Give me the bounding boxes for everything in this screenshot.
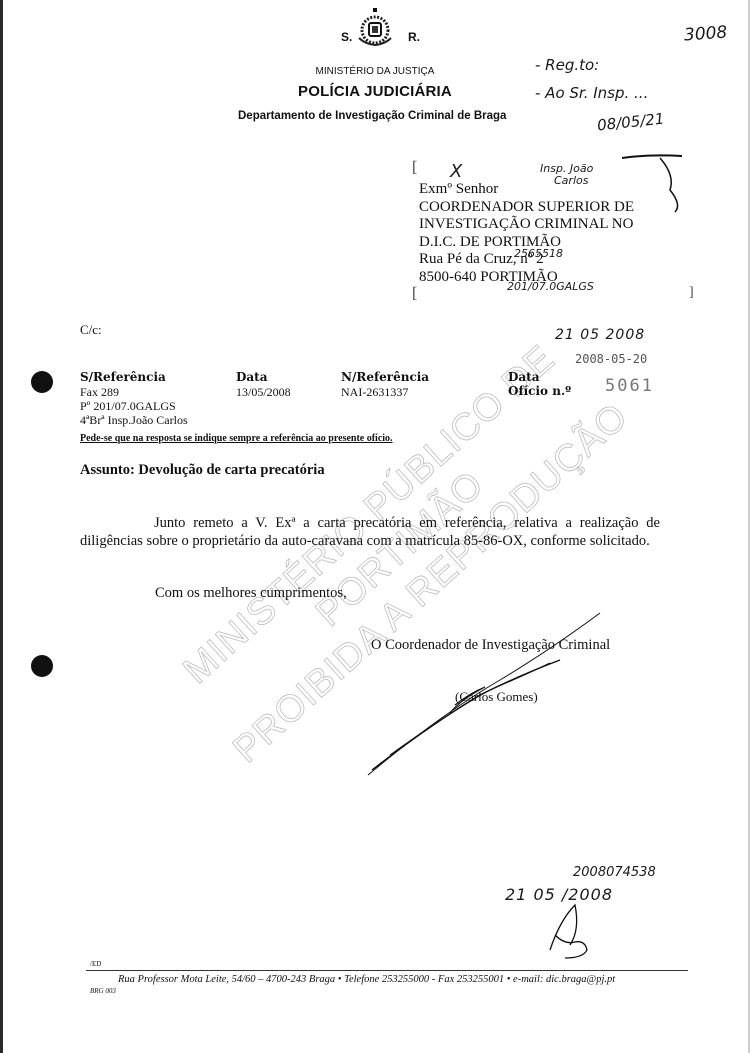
closing-line: Com os melhores cumprimentos, (155, 585, 347, 602)
handwritten-reference: 2565518 (514, 247, 563, 260)
handwritten-registry-number: 2008074538 (573, 865, 656, 880)
coat-of-arms-icon (355, 8, 395, 48)
handwritten-note: - Reg.to: (535, 56, 599, 74)
crest-letter-r: R. (408, 30, 420, 44)
bracket-mark: [ (412, 159, 417, 177)
punch-hole (31, 371, 53, 393)
handwritten-mark: X (450, 161, 462, 182)
reference-notice: Pede-se que na resposta se indique sempr… (80, 433, 393, 444)
s-ref-values: Fax 289 Pº 201/07.0GALGS 4ªBrª Insp.João… (80, 385, 188, 427)
date-value: 13/05/2008 (236, 385, 291, 399)
scan-left-edge (0, 0, 3, 1053)
oficio-heading: Data Ofício n.º (508, 370, 571, 398)
initials-signature-icon (545, 900, 605, 960)
subject-line: Assunto: Devolução de carta precatória (80, 462, 325, 479)
handwritten-process: 201/07.0GALGS (507, 280, 594, 293)
received-date-stamp: 21 05 2008 (555, 327, 645, 343)
footer-divider (86, 970, 688, 971)
date-heading: Data (236, 370, 268, 384)
s-ref-heading: S/Referência (80, 370, 166, 384)
n-ref-heading: N/Referência (341, 370, 429, 384)
signature-icon (360, 605, 610, 780)
crest-letter-s: S. (341, 30, 352, 44)
date-stamp: 2008-05-20 (575, 352, 647, 366)
oficio-number-stamp: 5061 (605, 376, 654, 396)
ministry-name: MINISTÉRIO DA JUSTIÇA (0, 66, 750, 77)
bracket-mark: ] (689, 285, 694, 301)
body-paragraph: Junto remeto a V. Exª a carta precatória… (80, 514, 660, 550)
cc-label: C/c: (80, 322, 102, 338)
handwritten-date: 08/05/21 (596, 110, 665, 135)
department-name: Departamento de Investigação Criminal de… (238, 110, 506, 122)
handwritten-note: - Ao Sr. Insp. ... (535, 84, 648, 102)
handwritten-entry-number: 3008 (683, 23, 728, 46)
bracket-mark: [ (412, 285, 417, 303)
footer-address: Rua Professor Mota Leite, 54/60 – 4700-2… (118, 974, 615, 985)
n-ref-value: NAI-2631337 (341, 385, 408, 399)
typist-initials: /ED (90, 960, 101, 968)
addressee-block: Exmº Senhor COORDENADOR SUPERIOR DE INVE… (419, 181, 634, 286)
punch-hole (31, 655, 53, 677)
form-code: BRG 003 (90, 987, 116, 995)
